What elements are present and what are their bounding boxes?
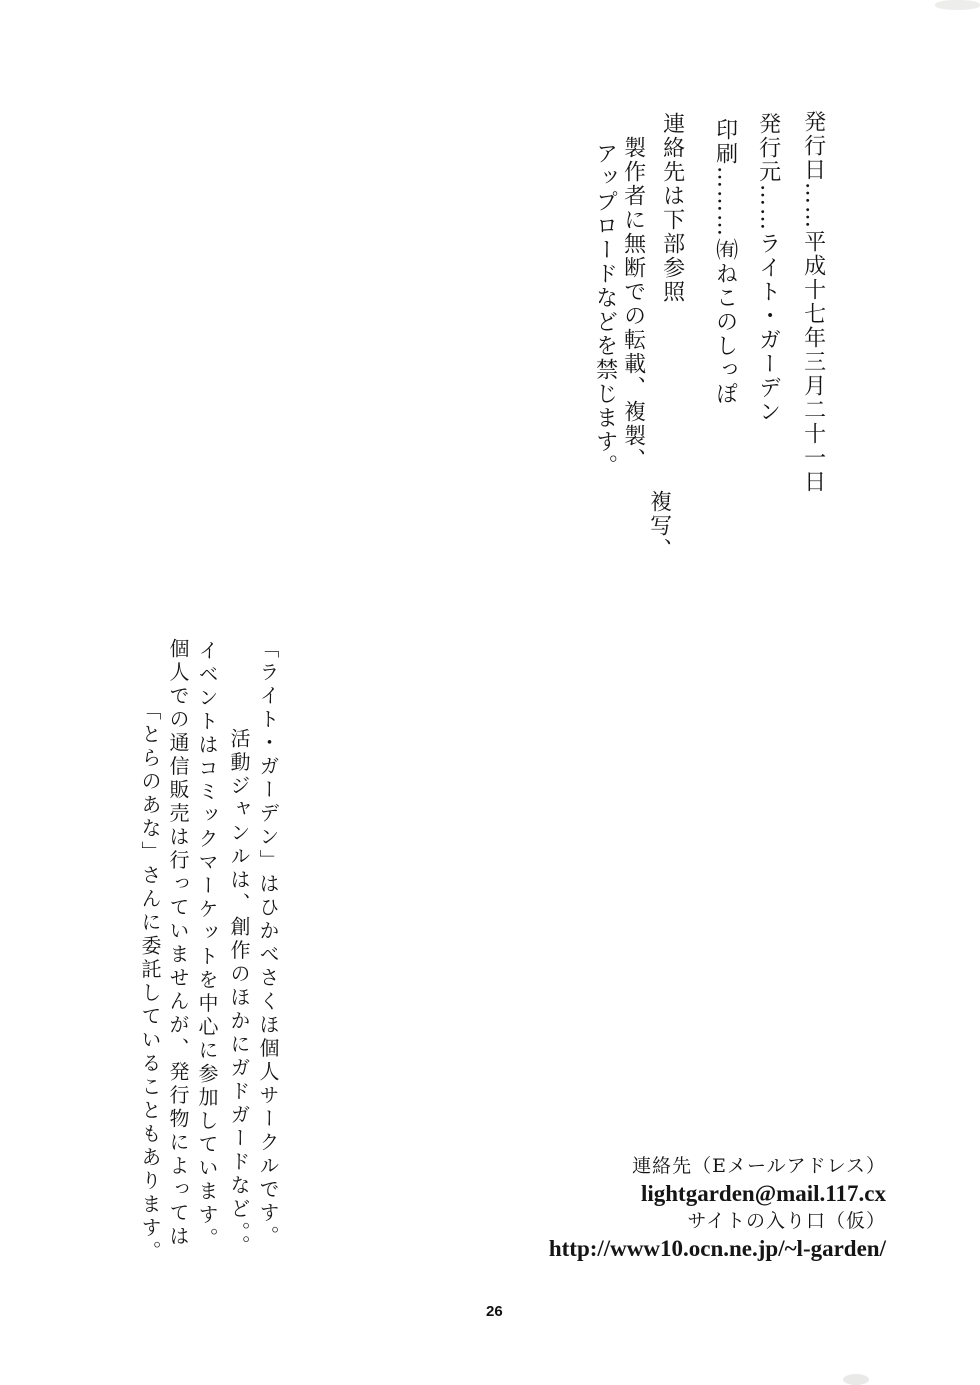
scan-artifact-bottom	[843, 1374, 869, 1385]
copyright-notice-part1: 製作者に無断での転載、複製、	[618, 136, 647, 472]
site-url: http://www10.ocn.ne.jp/~l-garden/	[549, 1235, 886, 1262]
page-number: 26	[486, 1303, 503, 1320]
circle-description-line: 「ライト・ガーデン」はひかべさくほ個人サークルです。	[255, 638, 281, 1249]
email-address: lightgarden@mail.117.cx	[549, 1180, 886, 1207]
scanned-colophon-page: 発行日……平成十七年三月二十一日 発行元……ライト・ガーデン 印刷………㈲ねこの…	[0, 0, 980, 1385]
copyright-notice-part3: アップロードなどを禁じます。	[590, 142, 619, 478]
events-line: イベントはコミックマーケットを中心に参加しています。	[194, 640, 220, 1251]
genre-line: 活動ジャンルは、創作のほかにガドガードなど。。	[226, 728, 252, 1259]
scan-artifact-top	[935, 0, 980, 10]
contact-reference-line: 連絡先は下部参照	[657, 112, 686, 304]
printer-line: 印刷………㈲ねこのしっぽ	[710, 118, 739, 406]
copyright-notice-part2: 複写、	[644, 490, 673, 562]
mail-order-line-part2: 「とらのあな」さんに委託していることもあります。	[137, 700, 163, 1264]
contact-block: 連絡先（Eメールアドレス） lightgarden@mail.117.cx サイ…	[549, 1152, 886, 1262]
email-label: 連絡先（Eメールアドレス）	[549, 1152, 886, 1180]
mail-order-line-part1: 個人での通信販売は行っていませんが、発行物によっては	[165, 638, 191, 1249]
site-label: サイトの入り口（仮）	[549, 1207, 886, 1235]
publisher-line: 発行元……ライト・ガーデン	[753, 112, 782, 424]
publication-date-line: 発行日……平成十七年三月二十一日	[798, 110, 827, 494]
